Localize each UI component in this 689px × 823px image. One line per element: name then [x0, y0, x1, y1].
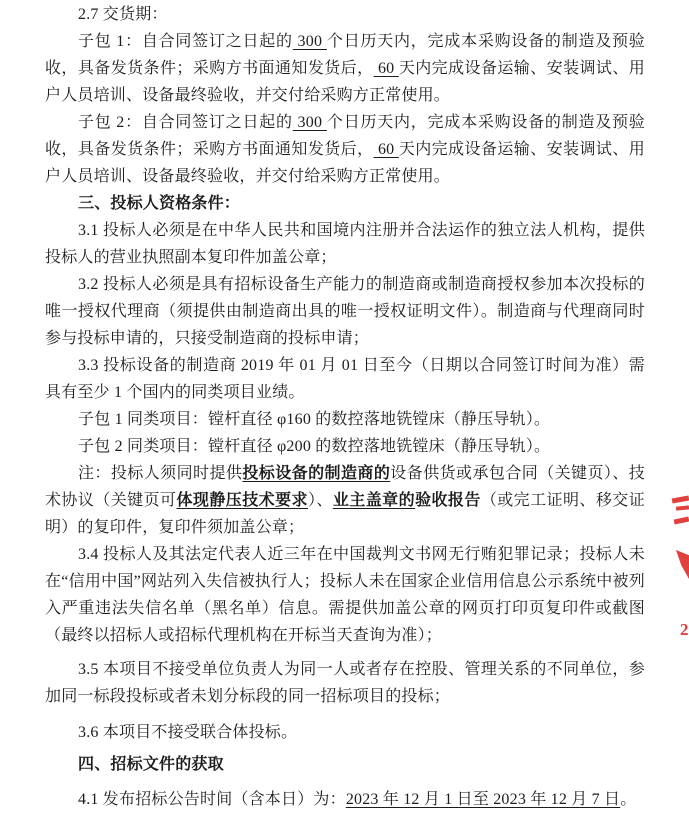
paragraph-4-1: 4.1 发布招标公告时间（含本日）为：2023 年 12 月 1 日至 2023… — [45, 786, 645, 813]
text-run: 子包 2 同类项目：镗杆直径 φ200 的数控落地铣镗床（静压导轨）。 — [78, 438, 550, 455]
text-run: 3.1 投标人必须是在中华人民共和国境内注册并合法运作的独立法人机构，提供投标人… — [45, 222, 645, 266]
text-run: 四、招标文件的获取 — [78, 756, 224, 773]
text-run: 4.1 发布招标公告时间（含本日）为： — [78, 791, 346, 808]
red-ink-mark — [674, 516, 689, 524]
paragraph-3-2: 3.2 投标人必须是具有招标设备生产能力的制造商或制造商授权参加本次投标的唯一授… — [45, 271, 645, 352]
red-ink-mark — [676, 550, 689, 579]
text-run: 2.7 交货期： — [78, 6, 168, 23]
paragraph-3-1: 3.1 投标人必须是在中华人民共和国境内注册并合法运作的独立法人机构，提供投标人… — [45, 217, 645, 271]
document-content: 2.7 交货期：子包 1：自合同签订之日起的 300 个日历天内，完成本采购设备… — [45, 1, 645, 813]
text-run: 3.5 本项目不接受单位负责人为同一人或者存在控股、管理关系的不同单位，参加同一… — [45, 661, 645, 705]
text-run: 2023 年 12 月 1 日至 2023 年 12 月 7 日 — [346, 791, 620, 808]
red-ink-mark — [672, 496, 689, 504]
red-ink-mark — [676, 505, 689, 510]
paragraph-subpackage-1-similar-project: 子包 1 同类项目：镗杆直径 φ160 的数控落地铣镗床（静压导轨）。 — [45, 406, 645, 433]
paragraph-note: 注：投标人须同时提供投标设备的制造商的设备供货或承包合同（关键页）、技术协议（关… — [45, 460, 645, 541]
paragraph-subpackage-1-delivery: 子包 1：自合同签订之日起的 300 个日历天内，完成本采购设备的制造及预验收，… — [45, 28, 645, 109]
text-run: 验收报告 — [415, 492, 481, 509]
text-run: 子包 1 同类项目：镗杆直径 φ160 的数控落地铣镗床（静压导轨）。 — [78, 411, 550, 428]
text-run: 注：投标人须同时提供 — [78, 465, 242, 482]
text-run: 3.2 投标人必须是具有招标设备生产能力的制造商或制造商授权参加本次投标的唯一授… — [45, 276, 645, 347]
text-run: 。 — [620, 791, 636, 808]
paragraph-3-3: 3.3 投标设备的制造商 2019 年 01 月 01 日至今（日期以合同签订时… — [45, 352, 645, 406]
text-run: 投标设备的制造商的 — [242, 465, 390, 482]
text-run: 60 — [374, 60, 399, 77]
heading-4-obtaining-bid-documents: 四、招标文件的获取 — [45, 751, 645, 778]
paragraph-subpackage-2-delivery: 子包 2：自合同签订之日起的 300 个日历天内，完成本采购设备的制造及预验收，… — [45, 109, 645, 190]
text-run: 300 — [293, 33, 327, 50]
heading-3-bidder-qualifications: 三、投标人资格条件： — [45, 190, 645, 217]
text-run: 业主盖章的 — [333, 492, 415, 509]
text-run: 子包 1：自合同签订之日起的 — [78, 33, 293, 50]
text-run: ）、 — [308, 492, 333, 509]
text-run: 3.4 投标人及其法定代表人近三年在中国裁判文书网无行贿犯罪记录；投标人未在“信… — [45, 546, 645, 644]
paragraph-2-7-delivery-period: 2.7 交货期： — [45, 1, 645, 28]
text-run: 60 — [374, 141, 399, 158]
paragraph-3-5: 3.5 本项目不接受单位负责人为同一人或者存在控股、管理关系的不同单位，参加同一… — [45, 656, 645, 710]
text-run: 三、投标人资格条件： — [78, 195, 240, 212]
paragraph-subpackage-2-similar-project: 子包 2 同类项目：镗杆直径 φ200 的数控落地铣镗床（静压导轨）。 — [45, 433, 645, 460]
text-run: 子包 2：自合同签订之日起的 — [78, 114, 293, 131]
text-run: 3.6 本项目不接受联合体投标。 — [78, 724, 297, 741]
red-ink-mark: 2 — [680, 621, 689, 638]
text-run: 3.3 投标设备的制造商 2019 年 01 月 01 日至今（日期以合同签订时… — [45, 357, 645, 401]
text-run: 300 — [293, 114, 327, 131]
document-page: 2.7 交货期：子包 1：自合同签订之日起的 300 个日历天内，完成本采购设备… — [0, 0, 689, 823]
paragraph-3-6: 3.6 本项目不接受联合体投标。 — [45, 719, 645, 746]
text-run: 体现静压技术要求 — [177, 492, 309, 509]
paragraph-3-4: 3.4 投标人及其法定代表人近三年在中国裁判文书网无行贿犯罪记录；投标人未在“信… — [45, 541, 645, 649]
